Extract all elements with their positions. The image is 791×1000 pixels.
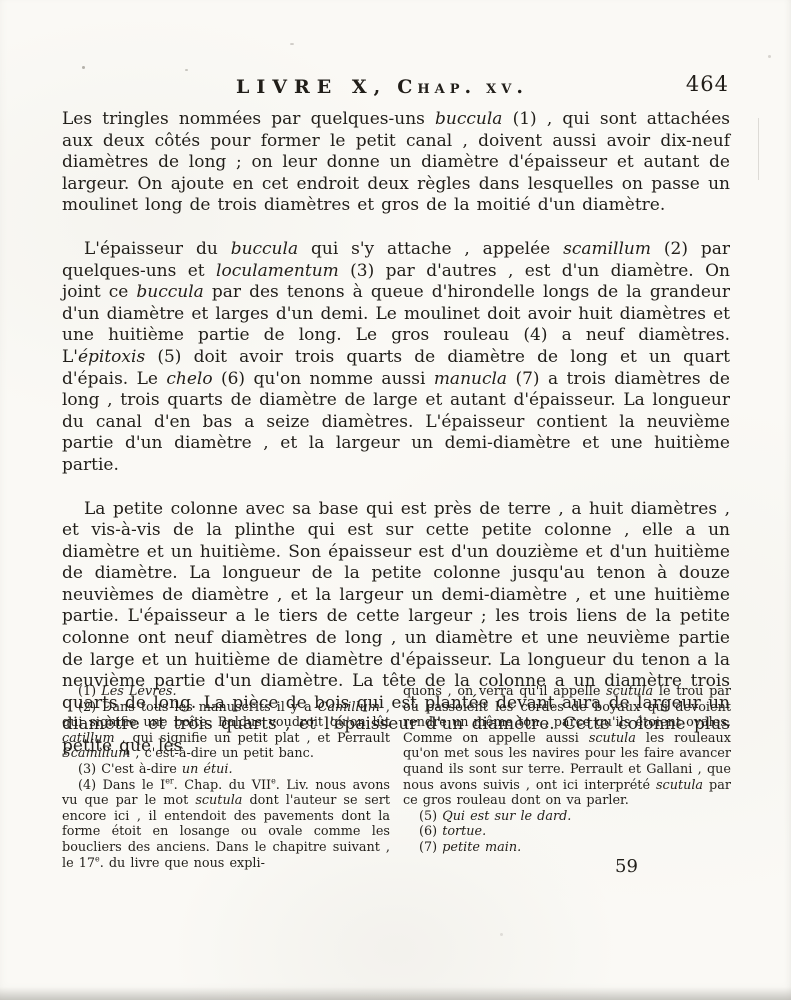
footnote: quons , on verra qu'il appelle scutula l… bbox=[403, 684, 731, 809]
footnote: (1) Les Lèvres. bbox=[62, 684, 390, 700]
header-chapter-label: Chap. bbox=[397, 76, 476, 98]
footnotes: (1) Les Lèvres.(2) Dans tous les manuscr… bbox=[62, 684, 731, 871]
footnote: (3) C'est à-dire un étui. bbox=[62, 762, 390, 778]
header-chapter-number: xv. bbox=[486, 76, 528, 98]
scan-speck bbox=[185, 69, 188, 71]
scan-speck bbox=[768, 55, 771, 58]
running-header: LIVRE X,Chap.xv. bbox=[62, 76, 702, 98]
scan-speck bbox=[500, 933, 503, 936]
footnote: (2) Dans tous les manuscrits il y a Cami… bbox=[62, 700, 390, 762]
footnote: (6) tortue. bbox=[403, 824, 731, 840]
page-number: 464 bbox=[686, 72, 729, 96]
header-book-title: LIVRE X, bbox=[236, 76, 387, 98]
footnote: (4) Dans le Ier. Chap. du VIIe. Liv. nou… bbox=[62, 778, 390, 872]
book-page: LIVRE X,Chap.xv. 464 Les tringles nommée… bbox=[0, 0, 791, 1000]
scan-speck bbox=[290, 43, 294, 45]
signature-mark: 59 bbox=[615, 856, 638, 877]
footnote: (7) petite main. bbox=[403, 840, 731, 856]
scan-speck bbox=[82, 66, 85, 69]
body-text: Les tringles nommées par quelques-uns bu… bbox=[62, 109, 730, 780]
page-bottom-shadow bbox=[0, 987, 791, 1000]
paragraph: L'épaisseur du buccula qui s'y attache ,… bbox=[62, 239, 730, 477]
footnotes-left-column: (1) Les Lèvres.(2) Dans tous les manuscr… bbox=[62, 684, 390, 871]
footnote: (5) Qui est sur le dard. bbox=[403, 809, 731, 825]
paragraph: Les tringles nommées par quelques-uns bu… bbox=[62, 109, 730, 217]
footnotes-right-column: quons , on verra qu'il appelle scutula l… bbox=[403, 684, 731, 871]
scan-scratch bbox=[758, 118, 759, 180]
